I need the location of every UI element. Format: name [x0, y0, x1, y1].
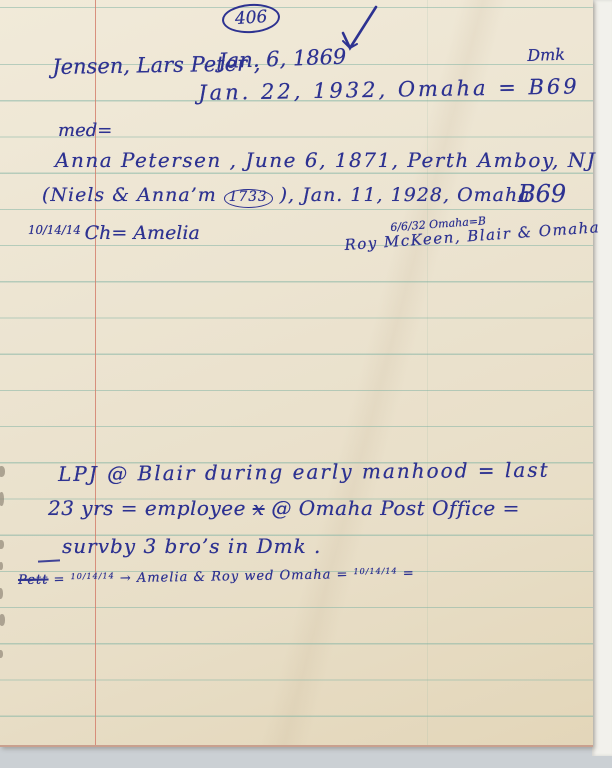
- handwriting-segment: Dmk: [527, 45, 565, 65]
- handwriting-segment: =: [398, 566, 415, 581]
- entry-birth-date: Jan. 6, 1869: [218, 46, 347, 72]
- red-margin-line: [95, 0, 96, 745]
- handwriting-segment: 10/14/14: [353, 567, 397, 577]
- handwriting-segment: 10/14/14: [28, 223, 85, 237]
- handwriting-segment: 1733: [224, 189, 273, 208]
- handwriting-segment: med=: [58, 120, 112, 141]
- handwriting-segment: 23 yrs = employee: [48, 496, 253, 520]
- paper: 406 Jensen, Lars Peter ,Jan. 6, 1869DmkJ…: [0, 0, 593, 747]
- ruled-lines: [0, 0, 593, 745]
- handwriting-segment: LPJ @ Blair during early manhood = last: [58, 458, 550, 486]
- handwriting-segment: x: [253, 496, 265, 520]
- handwriting-segment: B69: [518, 180, 566, 208]
- spouse-line: Anna Petersen , June 6, 1871, Perth Ambo…: [55, 150, 596, 171]
- entry-birth-country: Dmk: [527, 47, 565, 65]
- paper-crease: [427, 0, 428, 745]
- scanned-notebook-page: { "page": { "number": "406", "ink_color"…: [0, 0, 612, 768]
- bio-line-3: survby 3 bro’s in Dmk .: [62, 536, 321, 557]
- bio-line-1: LPJ @ Blair during early manhood = last: [58, 460, 550, 485]
- handwriting-segment: @ Omaha Post Office =: [265, 496, 520, 520]
- handwriting-segment: survby 3 bro’s in Dmk .: [62, 534, 321, 558]
- torn-edge-mark: [0, 614, 5, 626]
- handwriting-segment: Ch= Amelia: [85, 222, 200, 244]
- torn-edge-mark: [0, 492, 4, 506]
- handwriting-segment: Pett: [18, 572, 49, 588]
- handwriting-segment: 10/14/14: [70, 572, 114, 582]
- handwriting-segment: (Niels & Anna’m: [42, 184, 224, 206]
- page-number: 406: [234, 7, 268, 29]
- married-label: med=: [58, 122, 112, 141]
- handwriting-segment: =: [48, 572, 70, 587]
- handwriting-segment: Anna Petersen , June 6, 1871, Perth Ambo…: [55, 148, 596, 172]
- handwriting-segment: Jan. 6, 1869: [218, 45, 347, 73]
- bio-line-2: 23 yrs = employee x @ Omaha Post Office …: [48, 498, 520, 519]
- child-line: 10/14/14 Ch= Amelia: [28, 224, 200, 244]
- reference-code: B69: [518, 182, 566, 207]
- handwriting-segment: ), Jan. 11, 1928, Omaha: [273, 184, 531, 206]
- spouse-parents-line: (Niels & Anna’m 1733 ), Jan. 11, 1928, O…: [42, 186, 531, 208]
- underlying-page-edge: [592, 0, 612, 756]
